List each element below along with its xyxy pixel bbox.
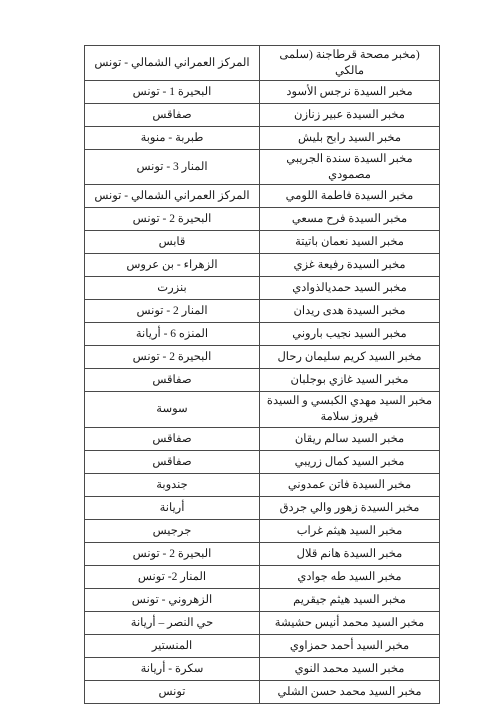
lab-location-cell: البحيرة 1 - تونس	[85, 81, 260, 104]
lab-location-cell: صفاقس	[85, 427, 260, 450]
lab-name-cell: مخبر السيدة فاطمة اللومي	[260, 185, 440, 208]
lab-location-cell: تونس	[85, 680, 260, 703]
lab-name-cell: مخبر السيدة هانم قلال	[260, 542, 440, 565]
table-row: مخبر السيدة هانم قلالالبحيرة 2 - تونس	[85, 542, 440, 565]
lab-location-cell: البحيرة 2 - تونس	[85, 542, 260, 565]
table-row: مخبر السيد غازي بوجلبانصفاقس	[85, 369, 440, 392]
table-row: مخبر السيد أحمد حمزاويالمنستير	[85, 634, 440, 657]
table-row: مخبر السيدة عبير زنازنصفاقس	[85, 104, 440, 127]
labs-table: (مخبر مصحة قرطاجنة (سلمى مالكيالمركز الع…	[84, 45, 440, 704]
table-row: مخبر السيد كمال زريبيصفاقس	[85, 450, 440, 473]
table-row: (مخبر مصحة قرطاجنة (سلمى مالكيالمركز الع…	[85, 46, 440, 81]
lab-location-cell: سكرة - أريانة	[85, 657, 260, 680]
table-row: مخبر السيدة هدى ريدانالمنار 2 - تونس	[85, 300, 440, 323]
lab-location-cell: المركز العمراني الشمالي - تونس	[85, 185, 260, 208]
lab-location-cell: بنزرت	[85, 277, 260, 300]
table-row: مخبر السيد رابح بليشطبربة - منوبة	[85, 127, 440, 150]
lab-name-cell: (مخبر مصحة قرطاجنة (سلمى مالكي	[260, 46, 440, 81]
lab-location-cell: المنزه 6 - أريانة	[85, 323, 260, 346]
lab-name-cell: مخبر السيدة نرجس الأسود	[260, 81, 440, 104]
lab-location-cell: الزهروني - تونس	[85, 588, 260, 611]
lab-location-cell: قابس	[85, 231, 260, 254]
document-page: (مخبر مصحة قرطاجنة (سلمى مالكيالمركز الع…	[0, 0, 500, 707]
table-row: مخبر السيد نجيب بارونيالمنزه 6 - أريانة	[85, 323, 440, 346]
lab-name-cell: مخبر السيد أحمد حمزاوي	[260, 634, 440, 657]
table-row: مخبر السيد حمديالذواديبنزرت	[85, 277, 440, 300]
lab-location-cell: جرجيس	[85, 519, 260, 542]
lab-name-cell: مخبر السيد غازي بوجلبان	[260, 369, 440, 392]
lab-name-cell: مخبر السيد سالم ريقان	[260, 427, 440, 450]
lab-name-cell: مخبر السيد محمد أنيس حشيشة	[260, 611, 440, 634]
lab-name-cell: مخبر السيد كريم سليمان رحال	[260, 346, 440, 369]
lab-name-cell: مخبر السيد هيثم غراب	[260, 519, 440, 542]
table-row: مخبر السيدة سندة الجريبي مصموديالمنار 3 …	[85, 150, 440, 185]
lab-location-cell: جندوبة	[85, 473, 260, 496]
lab-name-cell: مخبر السيد طه جوادي	[260, 565, 440, 588]
table-row: مخبر السيد هيثم غرابجرجيس	[85, 519, 440, 542]
table-row: مخبر السيدة نرجس الأسودالبحيرة 1 - تونس	[85, 81, 440, 104]
lab-location-cell: طبربة - منوبة	[85, 127, 260, 150]
table-row: مخبر السيدة فرح مسعيالبحيرة 2 - تونس	[85, 208, 440, 231]
lab-location-cell: المنار 3 - تونس	[85, 150, 260, 185]
lab-location-cell: البحيرة 2 - تونس	[85, 208, 260, 231]
lab-name-cell: مخبر السيدة رفيعة غزي	[260, 254, 440, 277]
table-row: مخبر السيدة رفيعة غزيالزهراء - بن عروس	[85, 254, 440, 277]
table-row: مخبر السيد نعمان باتيتةقابس	[85, 231, 440, 254]
lab-name-cell: مخبر السيد هيثم جيقريم	[260, 588, 440, 611]
table-row: مخبر السيد كريم سليمان رحالالبحيرة 2 - ت…	[85, 346, 440, 369]
lab-name-cell: مخبر السيدة زهور والي جردق	[260, 496, 440, 519]
lab-name-cell: مخبر السيد محمد حسن الشلي	[260, 680, 440, 703]
table-row: مخبر السيد طه جواديالمنار 2- تونس	[85, 565, 440, 588]
lab-location-cell: حي النصر – أريانة	[85, 611, 260, 634]
lab-location-cell: صفاقس	[85, 369, 260, 392]
lab-location-cell: أريانة	[85, 496, 260, 519]
lab-location-cell: سوسة	[85, 392, 260, 427]
table-row: مخبر السيد سالم ريقانصفاقس	[85, 427, 440, 450]
table-row: مخبر السيد مهدي الكبسي و السيدة فيروز سل…	[85, 392, 440, 427]
table-row: مخبر السيدة زهور والي جردقأريانة	[85, 496, 440, 519]
labs-table-body: (مخبر مصحة قرطاجنة (سلمى مالكيالمركز الع…	[85, 46, 440, 704]
table-row: مخبر السيدة فاتن عمدونيجندوبة	[85, 473, 440, 496]
lab-name-cell: مخبر السيد محمد النوي	[260, 657, 440, 680]
lab-name-cell: مخبر السيد كمال زريبي	[260, 450, 440, 473]
lab-name-cell: مخبر السيدة هدى ريدان	[260, 300, 440, 323]
lab-name-cell: مخبر السيدة سندة الجريبي مصمودي	[260, 150, 440, 185]
table-row: مخبر السيد هيثم جيقريمالزهروني - تونس	[85, 588, 440, 611]
lab-name-cell: مخبر السيد نعمان باتيتة	[260, 231, 440, 254]
lab-name-cell: مخبر السيدة فرح مسعي	[260, 208, 440, 231]
lab-name-cell: مخبر السيدة فاتن عمدوني	[260, 473, 440, 496]
lab-location-cell: المنستير	[85, 634, 260, 657]
lab-location-cell: البحيرة 2 - تونس	[85, 346, 260, 369]
lab-location-cell: المنار 2 - تونس	[85, 300, 260, 323]
lab-location-cell: المنار 2- تونس	[85, 565, 260, 588]
table-row: مخبر السيد محمد حسن الشليتونس	[85, 680, 440, 703]
table-row: مخبر السيدة فاطمة اللوميالمركز العمراني …	[85, 185, 440, 208]
table-row: مخبر السيد محمد أنيس حشيشةحي النصر – أري…	[85, 611, 440, 634]
lab-location-cell: صفاقس	[85, 104, 260, 127]
lab-name-cell: مخبر السيد حمديالذوادي	[260, 277, 440, 300]
lab-name-cell: مخبر السيد مهدي الكبسي و السيدة فيروز سل…	[260, 392, 440, 427]
lab-location-cell: المركز العمراني الشمالي - تونس	[85, 46, 260, 81]
table-row: مخبر السيد محمد النويسكرة - أريانة	[85, 657, 440, 680]
lab-name-cell: مخبر السيد نجيب باروني	[260, 323, 440, 346]
lab-location-cell: الزهراء - بن عروس	[85, 254, 260, 277]
lab-name-cell: مخبر السيد رابح بليش	[260, 127, 440, 150]
lab-location-cell: صفاقس	[85, 450, 260, 473]
lab-name-cell: مخبر السيدة عبير زنازن	[260, 104, 440, 127]
